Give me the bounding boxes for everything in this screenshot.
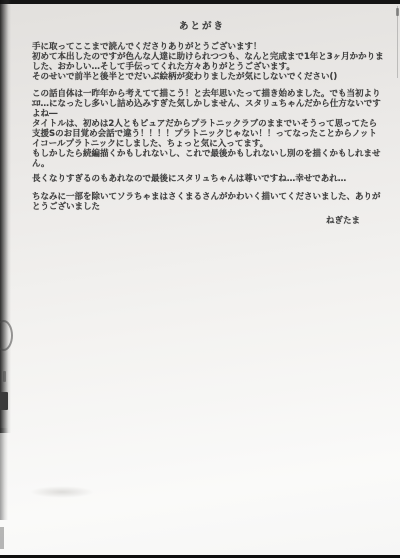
scan-edge-dark-block [0,392,8,410]
paragraph-line: もしかしたら続編描くかもしれないし、これで最後かもしれないし別のを描くかもしれま… [32,149,372,159]
afterword-paragraph-2: この話自体は一昨年から考えてて描こう！と去年思いたって描き始めました。でも当初よ… [32,89,372,169]
afterword-paragraph-4: ちなみに一部を除いてソラちゃまはさくまるさんがかわいく描いてくださいました、あり… [32,192,372,212]
scan-edge-mark [3,371,6,382]
paragraph-line: イコールプラトニックにしました、ちょっと気に入ってます。 [32,139,372,149]
paragraph-line: タイトルは、初めは2人ともピュアだからプラトニックラブのままでいそうって思ってた… [32,119,372,129]
paragraph-line: した、おかしい…そして手伝ってくれた方々ありがとうございます。 [32,62,372,72]
scan-right-edge-mark [396,8,399,16]
author-signature: ねぎたま [32,216,372,226]
scan-left-edge [0,0,11,433]
paragraph-line: よね― [32,109,372,119]
paragraph-line: ちなみに一部を除いてソラちゃまはさくまるさんがかわいく描いてくださいました、あり… [32,192,372,202]
afterword-paragraph-3: 長くなりすぎるのもあれなので最後にスタリュちゃんは尊いですね…幸せであれ… [32,174,372,184]
paragraph-line: この話自体は一昨年から考えてて描こう！と去年思いたって描き始めました。でも当初よ… [32,89,372,99]
scan-left-edge-lower [0,428,8,520]
paragraph-line: ん。 [32,159,372,169]
paragraph-line: 長くなりすぎるのもあれなので最後にスタリュちゃんは尊いですね…幸せであれ… [32,174,372,184]
scanned-afterword-page: あとがき 手に取ってここまで読んでくださりありがとうございます！ 初めて本出した… [0,0,400,558]
scan-right-edge-line [397,6,398,78]
paragraph-line: 初めて本出したのですが色んな人達に助けられつつも、なんと完成まで1年と3ヶ月かか… [32,52,372,62]
paragraph-line: とうございました [32,202,372,212]
paragraph-line: そのせいで前半と後半とでだいぶ絵柄が変わりましたが気にしないでください() [32,72,372,82]
scan-binding-artifact [0,320,13,351]
paragraph-line: 支援Sのお目覚め会話で違う！！！！プラトニックじゃない！！ってなったことからノッ… [32,129,372,139]
paper-smudge [30,486,94,498]
paragraph-line: ｴﾛ…になったし多いし詰め込みすぎた気しかしません、スタリュちゃんだから仕方ない… [32,99,372,109]
paragraph-line: 手に取ってここまで読んでくださりありがとうございます！ [32,42,372,52]
afterword-title: あとがき [32,22,372,32]
scan-top-edge [0,0,400,4]
afterword-paragraph-1: 手に取ってここまで読んでくださりありがとうございます！ 初めて本出したのですが色… [32,42,372,82]
scan-edge-bottom-mark [0,527,4,549]
